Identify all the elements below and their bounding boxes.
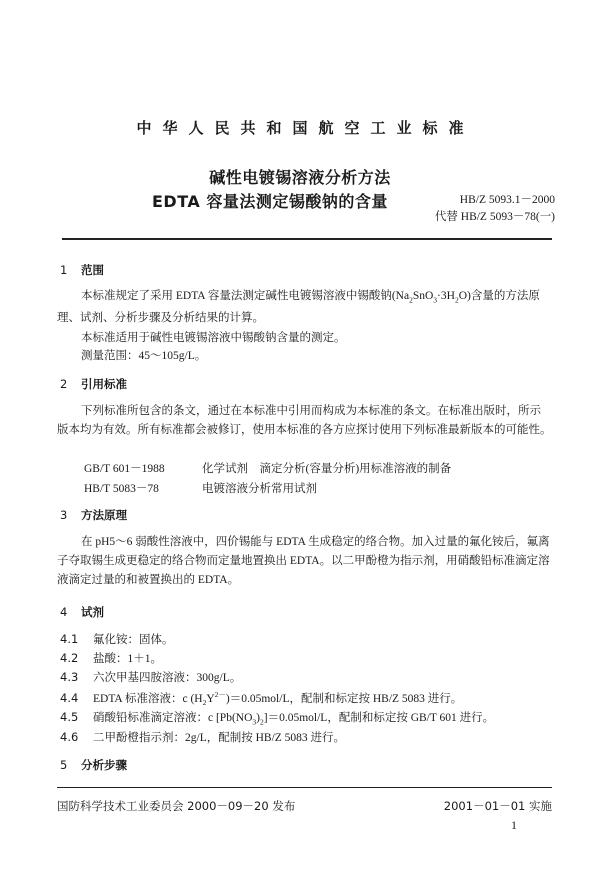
replaces-standard: 代替 HB/Z 5093－78(一) xyxy=(435,208,555,224)
section-1-measure-range: 测量范围：45～105g/L。 xyxy=(81,347,206,363)
section-1-paragraph-2: 本标准适用于碱性电镀锡溶液中锡酸钠含量的测定。 xyxy=(81,329,346,345)
section-4-heading: 4试剂 xyxy=(60,604,104,620)
section-3-paragraph: 在 pH5～6 弱酸性溶液中，四价锡能与 EDTA 生成稳定的络合物。加入过量的… xyxy=(57,533,552,590)
section-2-paragraph: 下列标准所包含的条文，通过在本标准中引用而构成为本标准的条文。在标准出版时，所示… xyxy=(57,402,552,440)
reagent-item: 4.2盐酸：1＋1。 xyxy=(60,650,162,666)
section-1-heading: 1范围 xyxy=(60,262,104,278)
reference-item: HB/T 5083－78电镀溶液分析常用试剂 xyxy=(84,480,317,496)
reagent-item: 4.1氟化铵：固体。 xyxy=(60,631,174,647)
standard-number: HB/Z 5093.1－2000 xyxy=(460,191,555,207)
reagent-item: 4.6二甲酚橙指示剂：2g/L，配制按 HB/Z 5083 进行。 xyxy=(60,729,345,745)
footer-rule xyxy=(57,787,552,788)
section-2-heading: 2引用标准 xyxy=(60,376,127,392)
effective-date: 2001－01－01 实施 xyxy=(444,798,552,814)
doc-title-line-2: EDTA 容量法测定锡酸钠的含量 xyxy=(152,189,388,212)
section-5-heading: 5分析步骤 xyxy=(60,757,127,773)
org-title: 中华人民共和国航空工业标准 xyxy=(0,117,600,138)
issue-info: 国防科学技术工业委员会 2000－09－20 发布 xyxy=(57,798,295,814)
reagent-item: 4.4EDTA 标准溶液：c (H2Y2－)＝0.05mol/L，配制和标定按 … xyxy=(60,689,462,707)
header-rule xyxy=(62,238,552,240)
reagent-item: 4.3六次甲基四胺溶液：300g/L。 xyxy=(60,669,241,685)
section-1-paragraph-1: 本标准规定了采用 EDTA 容量法测定碱性电镀锡溶液中锡酸钠(Na2SnO3·3… xyxy=(57,287,552,328)
reagent-item: 4.5硝酸铅标准滴定溶液：c [Pb(NO3)2]＝0.05mol/L，配制和标… xyxy=(60,709,494,726)
doc-title-line-1: 碱性电镀锡溶液分析方法 xyxy=(0,165,600,188)
reference-item: GB/T 601－1988化学试剂 滴定分析(容量分析)用标准溶液的制备 xyxy=(84,460,451,476)
page-number: 1 xyxy=(511,818,517,833)
section-3-heading: 3方法原理 xyxy=(60,507,127,523)
